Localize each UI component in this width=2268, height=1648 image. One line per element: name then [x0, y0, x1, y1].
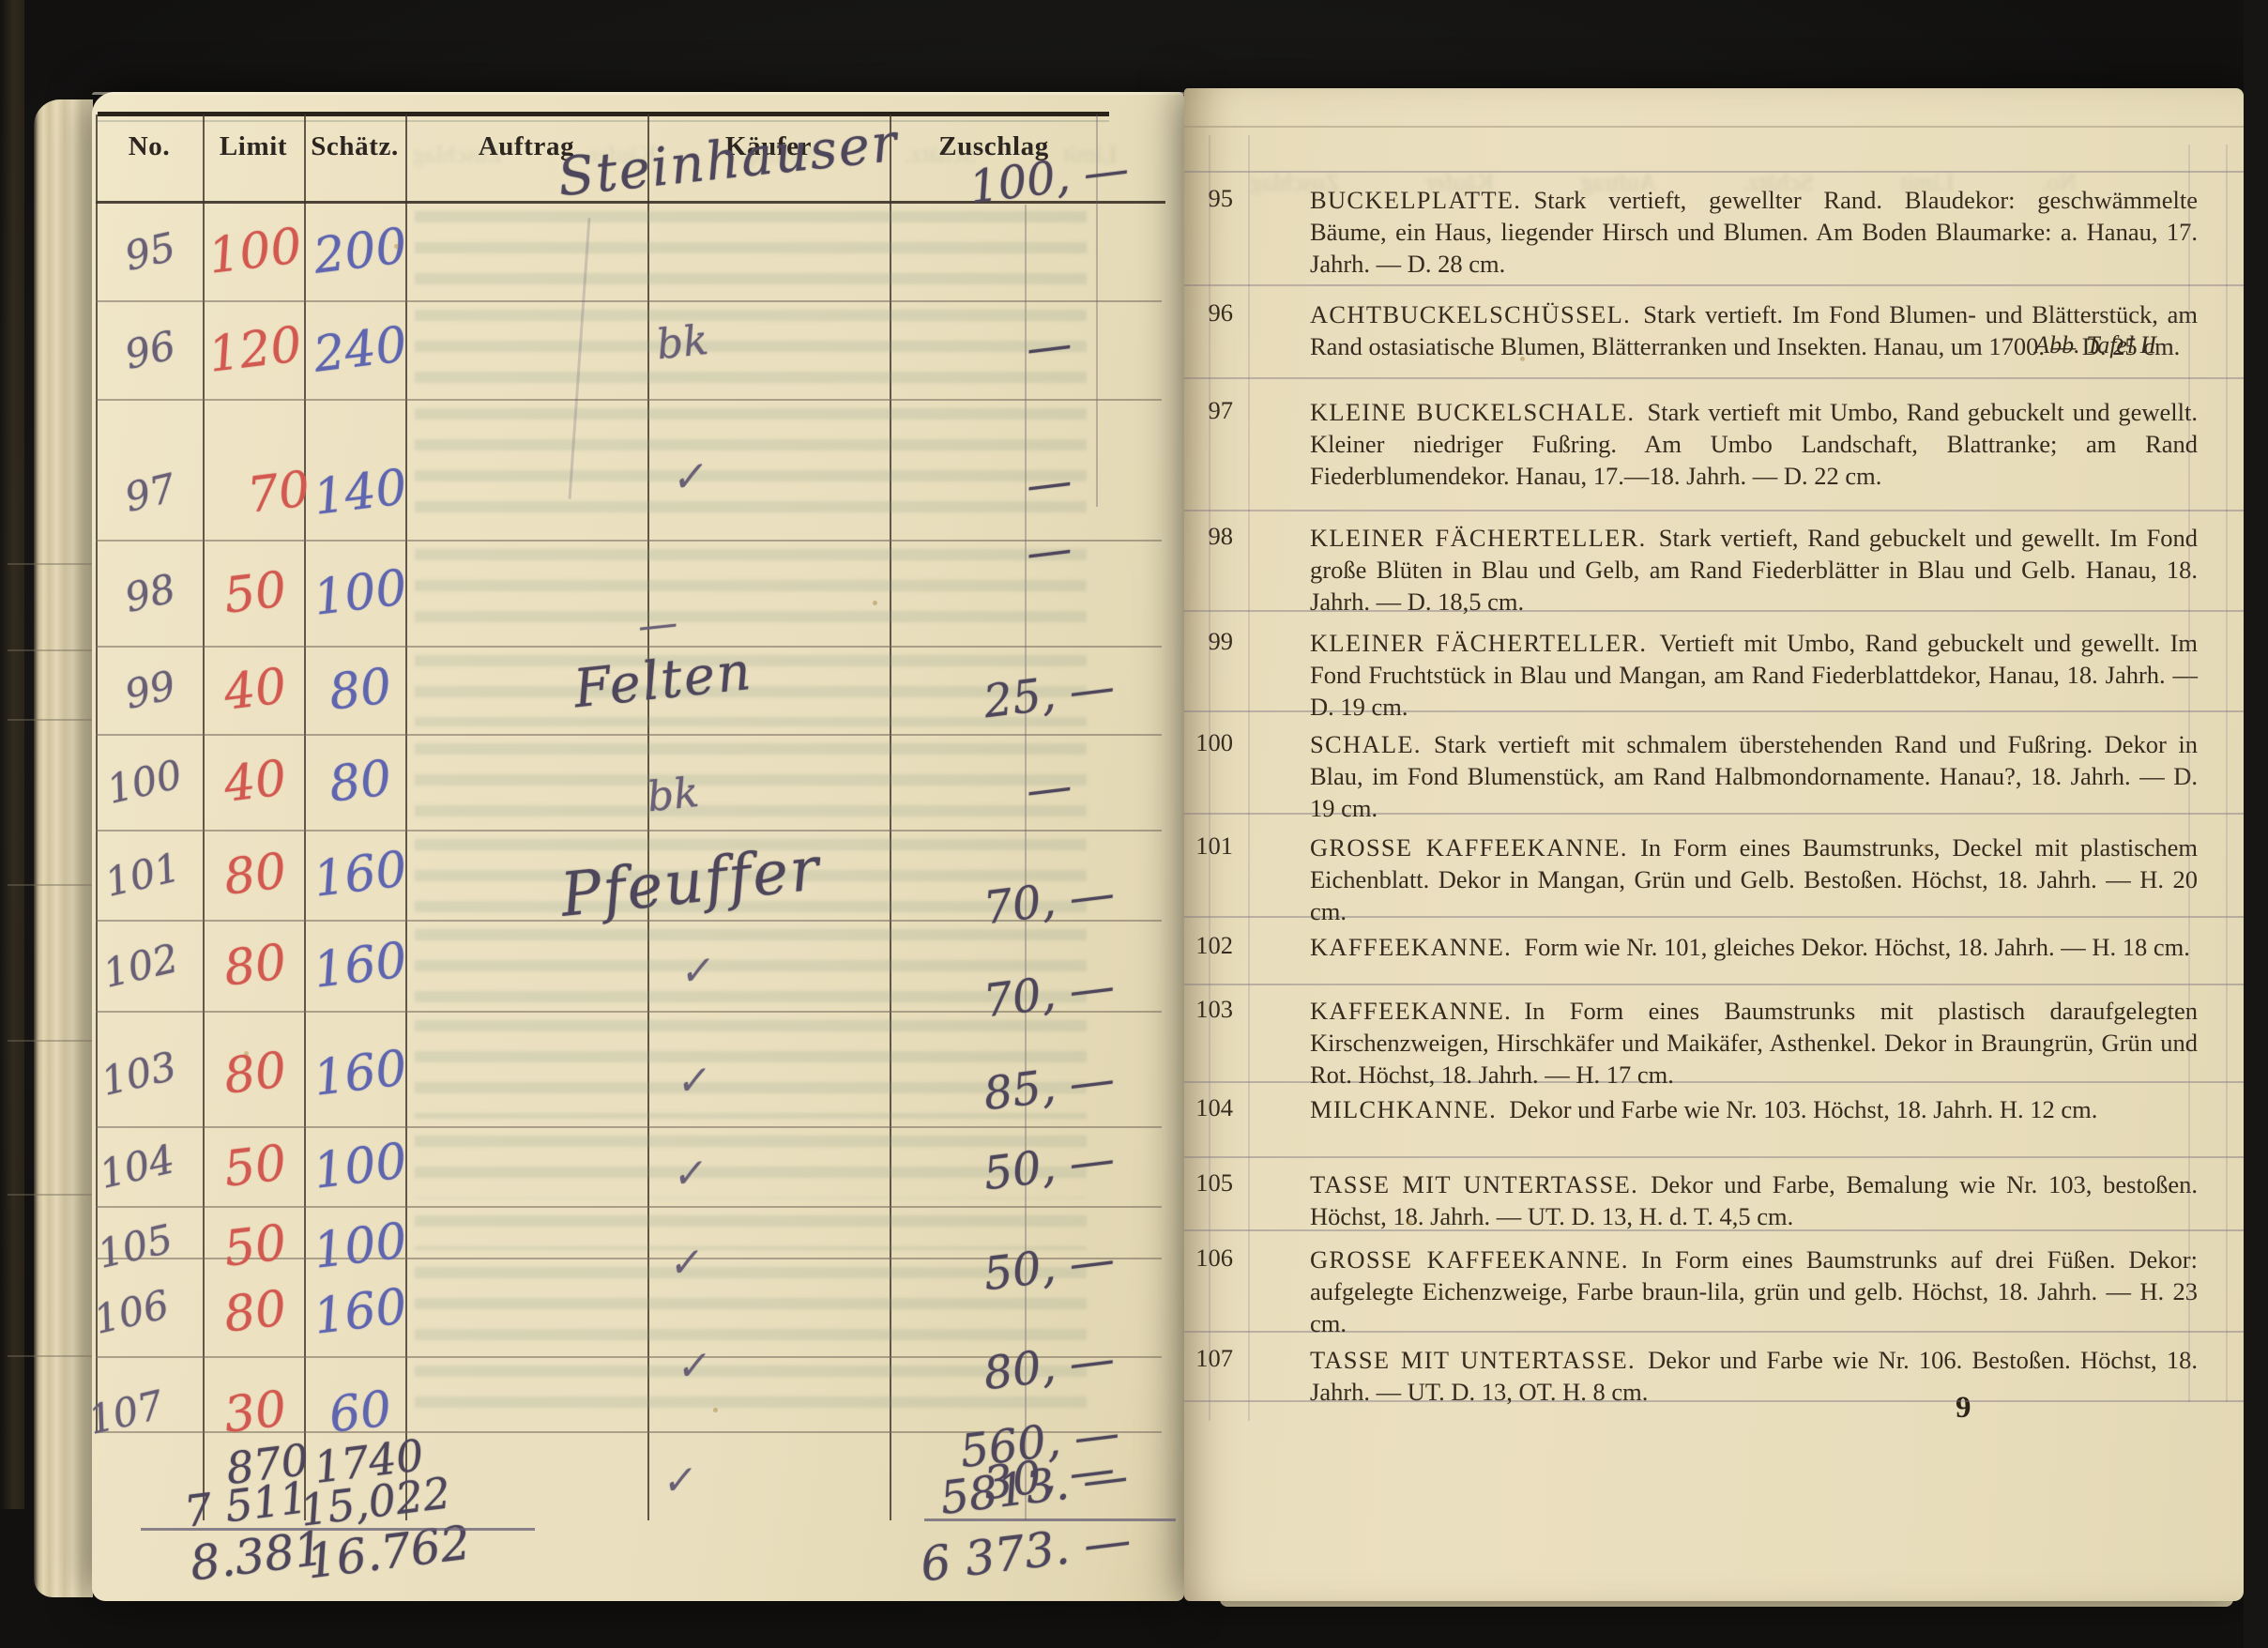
ledger-row-separator: [96, 399, 1162, 401]
ledger-kaeufer-entry: bk: [654, 315, 710, 368]
ledger-schaetz-value: 80: [327, 750, 395, 814]
ledger-kaeufer-entry: ✓: [674, 1058, 709, 1104]
entry-text: ACHTBUCKELSCHÜSSEL. Stark vertieft. Im F…: [1310, 298, 2198, 362]
ledger-limit-value: 100: [205, 218, 305, 285]
entry-text: MILCHKANNE. Dekor und Farbe wie Nr. 103.…: [1310, 1093, 2198, 1125]
ledger-limit-value: 40: [221, 750, 290, 814]
margin-rule-stub: [8, 1040, 92, 1042]
catalog-entry-separator: [1184, 510, 2244, 511]
book-spread-photo: No. Limit Schätz. Auftrag Käufer Zuschla…: [0, 0, 2268, 1648]
ledger-column-line: [203, 114, 205, 1520]
margin-rule-stub: [8, 563, 92, 565]
ghost-showthrough-column: [1209, 135, 1210, 1421]
entry-title: TASSE MIT UNTERTASSE.: [1310, 1346, 1636, 1374]
ledger-kaeufer-entry: ✓: [660, 1458, 695, 1504]
ledger-schaetz-value: 100: [311, 1213, 410, 1280]
ledger-limit-value: 80: [221, 843, 290, 907]
ledger-limit-value: 80: [221, 934, 290, 998]
ledger-kaeufer-entry: ✓: [668, 452, 706, 501]
paper-speckle: [1520, 357, 1525, 361]
entry-text: BUCKELPLATTE. Stark vertieft, gewellter …: [1310, 184, 2198, 280]
paper-speckle: [713, 1408, 718, 1412]
margin-rule-stub: [8, 719, 92, 721]
ledger-limit-value: 50: [221, 1135, 290, 1198]
ledger-zuschlag-value: —: [1024, 522, 1074, 579]
ledger-schaetz-value: 100: [311, 1133, 410, 1200]
margin-rule-stub: [8, 649, 92, 651]
margin-rule-stub: [8, 884, 92, 886]
ledger-zuschlag-value: —: [1024, 454, 1074, 511]
ledger-limit-value: 120: [205, 316, 305, 384]
page-top-highlight: [92, 92, 1184, 95]
margin-rule-stub: [8, 1194, 92, 1196]
ledger-header-limit: Limit: [220, 131, 287, 162]
entry-title: KLEINER FÄCHERTELLER.: [1310, 524, 1647, 552]
ledger-limit-value: 70: [245, 461, 313, 525]
ghost-showthrough-column: [1248, 135, 1250, 1421]
entry-text: SCHALE. Stark vertieft mit schmalem über…: [1310, 728, 2198, 824]
ledger-row-separator: [96, 1206, 1162, 1208]
ledger-schaetz-value: 160: [311, 1040, 410, 1107]
entry-title: KLEINE BUCKELSCHALE.: [1310, 398, 1635, 426]
pencil-sum-line: [141, 1528, 535, 1531]
book-cover-edge: [2244, 0, 2268, 1648]
ledger-header-schaetz: Schätz.: [311, 131, 399, 162]
catalog-entry-separator: [1184, 1156, 2244, 1158]
ledger-column-line: [304, 114, 306, 1520]
ghost-showthrough-column: [2188, 145, 2190, 1402]
ledger-kaeufer-entry: ✓: [677, 948, 713, 994]
ledger-limit-value: 50: [221, 1214, 290, 1278]
ledger-top-rule: [98, 112, 1109, 116]
entry-plate-note: Abb. Tafel II: [2034, 329, 2156, 361]
ledger-schaetz-value: 240: [311, 316, 410, 384]
ledger-schaetz-value: 160: [311, 841, 410, 908]
ledger-schaetz-value: 80: [327, 658, 395, 722]
ghost-showthrough: [415, 211, 1087, 293]
entry-title: KLEINER FÄCHERTELLER.: [1310, 629, 1647, 657]
ghost-showthrough: [415, 1215, 1087, 1250]
paper-speckle: [873, 601, 877, 605]
paper-speckle: [1408, 1220, 1412, 1225]
ledger-top-rule-echo: [98, 120, 1109, 122]
paper-speckle: [1924, 845, 1928, 849]
ledger-header-no: No.: [129, 131, 171, 162]
ghost-showthrough: [415, 743, 1087, 822]
catalog-entry-separator: [1184, 984, 2244, 985]
ghost-showthrough: [415, 310, 1087, 391]
entry-text: KLEINE BUCKELSCHALE. Stark vertieft mit …: [1310, 396, 2198, 492]
entry-text: KAFFEEKANNE. In Form eines Baumstrunks m…: [1310, 995, 2198, 1091]
ledger-schaetz-value: 160: [311, 1278, 410, 1346]
paper-speckle: [394, 244, 399, 249]
catalog-entry-separator: [1184, 171, 2244, 173]
entry-title: GROSSE KAFFEEKANNE.: [1310, 1245, 1629, 1274]
ledger-row-separator: [96, 646, 1162, 648]
ledger-limit-value: 80: [221, 1042, 290, 1106]
ledger-limit-value: 30: [221, 1381, 290, 1444]
entry-text: TASSE MIT UNTERTASSE. Dekor und Farbe wi…: [1310, 1344, 2198, 1408]
margin-rule-stub: [8, 1355, 92, 1357]
ghost-showthrough: [415, 549, 1087, 638]
ledger-limit-value: 80: [221, 1280, 290, 1344]
ledger-limit-value: 50: [221, 561, 290, 625]
entry-title: SCHALE.: [1310, 730, 1422, 758]
ghost-showthrough: [415, 408, 1087, 532]
ledger-schaetz-value: 100: [311, 559, 410, 627]
ledger-row-separator: [96, 300, 1162, 302]
ledger-row-separator: [96, 734, 1162, 736]
entry-text: KLEINER FÄCHERTELLER. Vertieft mit Umbo,…: [1310, 627, 2198, 723]
catalog-top-rule: [1184, 126, 2244, 128]
entry-text: GROSSE KAFFEEKANNE. In Form eines Baumst…: [1310, 1244, 2198, 1339]
entry-text: GROSSE KAFFEEKANNE. In Form eines Baumst…: [1310, 832, 2198, 927]
ledger-kaeufer-entry: ✓: [674, 1343, 709, 1389]
ledger-row-separator: [96, 1126, 1162, 1128]
entry-text: KAFFEEKANNE. Form wie Nr. 101, gleiches …: [1310, 931, 2198, 963]
gutter-shadow: [0, 0, 24, 1509]
ledger-schaetz-value: 140: [311, 459, 410, 526]
pencil-sum-line: [924, 1518, 1176, 1521]
entry-title: KAFFEEKANNE.: [1310, 997, 1512, 1025]
ghost-showthrough-column: [2226, 145, 2228, 1402]
entry-text: KLEINER FÄCHERTELLER. Stark vertieft, Ra…: [1310, 522, 2198, 618]
ledger-zuschlag-value: —: [1024, 317, 1074, 374]
entry-title: ACHTBUCKELSCHÜSSEL.: [1310, 300, 1631, 328]
ledger-schaetz-value: 160: [311, 932, 410, 999]
ledger-row-separator: [96, 540, 1162, 542]
entry-title: MILCHKANNE.: [1310, 1095, 1497, 1123]
catalog-page: No. Limit Schätz. Auftrag Käufer Zuschla…: [1184, 88, 2244, 1601]
ledger-kaeufer-entry: —: [635, 599, 679, 649]
catalog-entry-separator: [1184, 377, 2244, 379]
ledger-kaeufer-entry: ✓: [666, 1240, 702, 1286]
entry-text: TASSE MIT UNTERTASSE. Dekor und Farbe, B…: [1310, 1168, 2198, 1232]
entry-title: KAFFEEKANNE.: [1310, 933, 1512, 961]
ledger-zuschlag-value: —: [1024, 759, 1074, 816]
page-edge-stack: [34, 99, 93, 1597]
catalog-entry-separator: [1184, 284, 2244, 286]
ledger-schaetz-value: 200: [311, 218, 410, 285]
paper-speckle: [244, 1051, 249, 1056]
entry-title: GROSSE KAFFEEKANNE.: [1310, 833, 1628, 862]
ledger-kaeufer-entry: ✓: [670, 1151, 706, 1197]
entry-title: TASSE MIT UNTERTASSE.: [1310, 1170, 1638, 1198]
ledger-kaeufer-entry: bk: [645, 769, 701, 821]
ledger-row-separator: [96, 830, 1162, 832]
entry-title: BUCKELPLATTE.: [1310, 186, 1521, 214]
ledger-limit-value: 40: [221, 658, 290, 722]
